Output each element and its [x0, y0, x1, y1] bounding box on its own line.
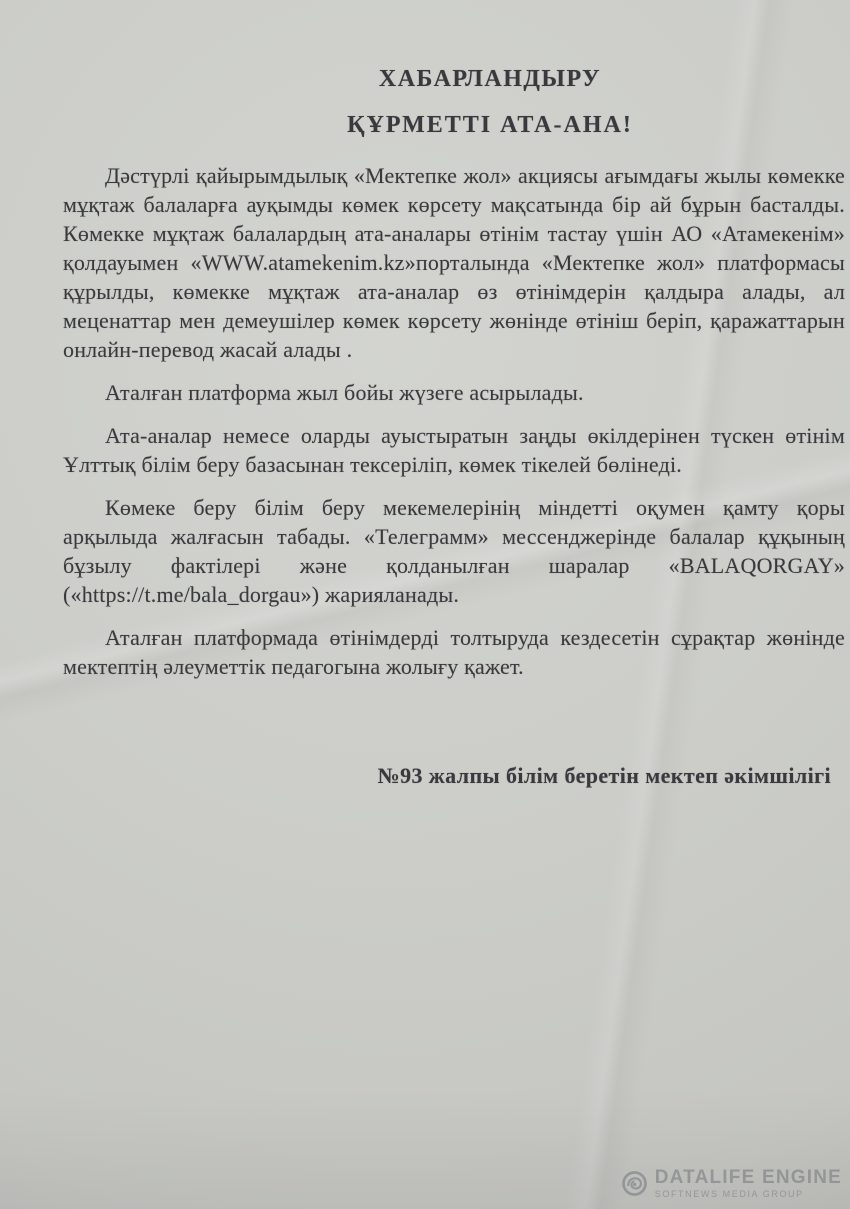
watermark: DATALIFE ENGINE SOFTNEWS MEDIA GROUP [621, 1168, 842, 1199]
document-salutation: ҚҰРМЕТТІ АТА-АНА! [130, 112, 850, 139]
watermark-title: DATALIFE ENGINE [655, 1168, 842, 1187]
document-title: ХАБАРЛАНДЫРУ [130, 66, 850, 93]
watermark-text: DATALIFE ENGINE SOFTNEWS MEDIA GROUP [655, 1168, 842, 1199]
datalife-engine-logo-icon [621, 1170, 648, 1197]
paragraph-acция-intro: Дәстүрлі қайырымдылық «Мектепке жол» акц… [63, 161, 845, 364]
paragraph-telegram-channel: Көмеке беру білім беру мекемелерінің мін… [63, 493, 845, 609]
paragraph-application-check: Ата-аналар немесе оларды ауыстыратын заң… [63, 421, 845, 479]
watermark-subtitle: SOFTNEWS MEDIA GROUP [655, 1190, 842, 1199]
signature-line: №93 жалпы білім беретін мектеп әкімшіліг… [63, 763, 845, 789]
paragraph-platform-duration: Аталған платформа жыл бойы жүзеге асырыл… [63, 378, 845, 407]
document-body: Дәстүрлі қайырымдылық «Мектепке жол» акц… [0, 139, 850, 789]
photographed-document-page: ХАБАРЛАНДЫРУ ҚҰРМЕТТІ АТА-АНА! Дәстүрлі … [0, 0, 850, 1209]
paragraph-contact-pedagog: Аталған платформада өтінімдерді толтыруд… [63, 623, 845, 681]
document-header: ХАБАРЛАНДЫРУ ҚҰРМЕТТІ АТА-АНА! [130, 0, 850, 139]
